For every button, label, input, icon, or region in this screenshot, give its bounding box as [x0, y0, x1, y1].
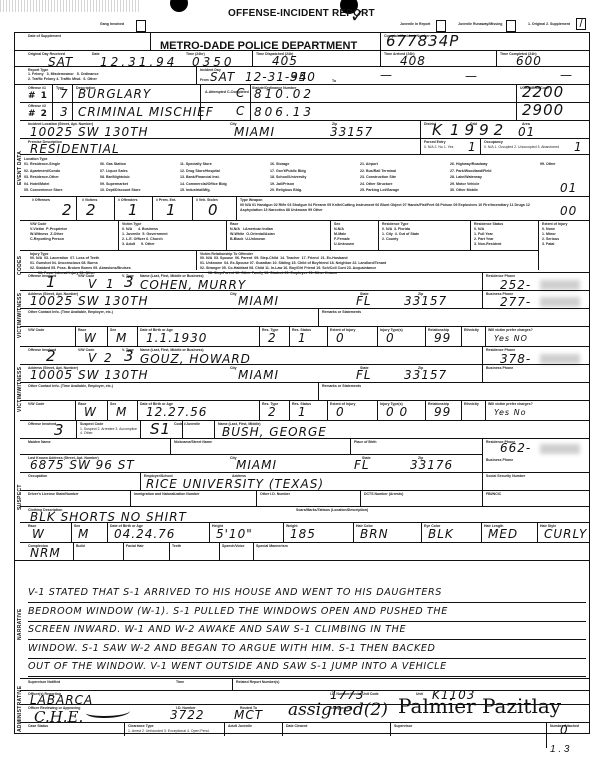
location-type-option: 19. Jail/Prison	[270, 182, 294, 187]
weapon-options: 00 N/A 01 Handgun 02 Rifle 03 Shotgun 04…	[240, 203, 540, 213]
v2-zip[interactable]: 33157	[404, 369, 447, 382]
v2-address[interactable]: 10005 SW 130TH	[30, 369, 149, 382]
location-type-option: 05. Convenience Store	[24, 188, 63, 193]
number-attached[interactable]: 0	[560, 724, 569, 737]
s-hair-length[interactable]: MED	[488, 528, 518, 541]
district[interactable]: K	[432, 124, 443, 137]
location-type-option: 23. Construction Site	[360, 175, 396, 180]
location-type-option: 18. School/University	[270, 175, 306, 180]
case-status-label: Case Status	[28, 724, 48, 728]
s-zip[interactable]: 33176	[410, 459, 453, 472]
offense-2-statute[interactable]: 806.13	[254, 106, 314, 119]
s-eye-color[interactable]: BLK	[428, 528, 454, 541]
residence-status-label: Residence Status	[474, 222, 503, 226]
v1-remarks-label: Remarks or Statements	[322, 310, 361, 314]
location-type-option: 13. Bank/Financial Inst.	[180, 175, 220, 180]
v1-state[interactable]: FL	[356, 295, 372, 308]
v1-extent[interactable]: 0	[336, 332, 345, 345]
victim-type-label: Victim Type	[122, 222, 141, 226]
v1-sex[interactable]: M	[116, 332, 127, 345]
s-facial_hair-label: Facial Hair	[126, 544, 144, 548]
redaction	[540, 280, 580, 290]
v1-ethnicity-label: Ethnicity	[464, 328, 479, 332]
juvenile-runaway-checkbox[interactable]	[506, 20, 516, 32]
num-offenses-label: # Offenses	[32, 198, 50, 202]
offense-2-description[interactable]: CRIMINAL MISCHIEF	[78, 106, 214, 119]
s-pob-label: Place of Birth	[354, 440, 377, 444]
weapon-code[interactable]: 00	[560, 205, 577, 218]
extent-injury-label: Extent of Injury	[542, 222, 567, 226]
victim-witness-2-side-label: VICTIM/WITNESS	[17, 350, 23, 412]
offense-1-ucr[interactable]: 2200	[522, 86, 564, 99]
v1-city[interactable]: MIAMI	[238, 295, 279, 308]
s-build-label: Build	[76, 544, 85, 548]
occupancy-label: Occupancy	[484, 140, 503, 144]
s-bus-phone-label: Business Phone	[486, 458, 513, 462]
clearance-options: 1. Arrest 2. Unfounded 3. Exceptional 4.…	[128, 729, 210, 733]
s-other-id-label: Other I.D. Number	[260, 492, 290, 496]
victim-type-options: 0. N/A 4. Business 1. Juvenile 5. Govern…	[122, 227, 168, 247]
page-current: 1	[550, 744, 556, 755]
location-type-option: 25. Parking Lot/Garage	[360, 188, 399, 193]
redaction	[540, 354, 580, 364]
offense-1-attempt[interactable]: C	[236, 87, 245, 100]
s-teeth-label: Teeth	[172, 544, 181, 548]
s-dob[interactable]: 04.24.76	[114, 528, 175, 541]
s-fbi-label: FBI/NCIC	[486, 492, 501, 496]
v1-offense-involved[interactable]: 1	[46, 276, 57, 289]
s-nickname-label: Nickname/Street Name	[174, 440, 212, 444]
complaint-number[interactable]: 677834P	[386, 35, 459, 48]
s-ssn-label: Social Security Number	[486, 474, 525, 478]
redaction	[540, 297, 580, 307]
v1-res-type[interactable]: 2	[268, 332, 277, 345]
s-hair-style[interactable]: CURLY	[544, 528, 587, 541]
residence-type-label: Residence Type	[382, 222, 408, 226]
v2-relationship[interactable]: 99	[434, 406, 451, 419]
location-type-option: 06. Gas Station	[100, 162, 126, 167]
punch-hole	[170, 0, 188, 12]
s-city[interactable]: MIAMI	[236, 459, 277, 472]
s-address[interactable]: 6875 SW 96 ST	[30, 459, 135, 472]
prem-entered[interactable]: 1	[166, 204, 177, 217]
s-immigration-label: Immigration and Naturalization Number	[134, 492, 200, 496]
narrative-side-label: NARRATIVE	[17, 580, 23, 640]
v2-bus-phone-label: Business Phone	[486, 366, 513, 370]
s-sex[interactable]: M	[78, 528, 89, 541]
weapon-type-label: Type Weapon	[240, 198, 262, 202]
occupancy-options: 0. N/A 1. Occupied 2. Unoccupied 3. Aban…	[484, 145, 559, 149]
location-type-option: 21. Airport	[360, 162, 378, 167]
approving-id[interactable]: 3722	[170, 709, 205, 722]
residence-type-options: 0. N/A 3. Florida 1. City 4. Out of Stat…	[382, 227, 419, 242]
num-offenders[interactable]: 1	[128, 204, 139, 217]
incident-day[interactable]: SAT	[210, 71, 235, 84]
to-label: To	[332, 79, 336, 83]
notified-time-label: Time	[176, 680, 184, 684]
location-type-option: 04. Hotel/Motel	[24, 182, 49, 187]
location-type-option: 16. Storage	[270, 162, 289, 167]
s-height[interactable]: 5'10"	[216, 528, 253, 541]
from-label: From	[200, 78, 209, 82]
location-type-option: 08. Bar/Nightclub	[100, 175, 130, 180]
s-res-phone[interactable]: 662-	[500, 442, 531, 455]
assigned-to[interactable]: assigned(2)	[288, 700, 388, 720]
vw-code-label: V/W Code	[30, 222, 46, 226]
narrative-line[interactable]: V-1 STATED THAT S-1 ARRIVED TO HIS HOUSE…	[28, 584, 586, 603]
related-report-label: Related Report Number(s)	[236, 680, 279, 684]
location-type-option: 30. Other Mobile	[450, 188, 478, 193]
event-data-side-label: EVENT DATA	[17, 125, 23, 185]
s-hair-color[interactable]: BRN	[360, 528, 389, 541]
v1-employer-label: Other Contact Info. (Time Available, Emp…	[28, 310, 113, 314]
forced-entry-options: 0. N/A 2. No 1. Yes	[424, 145, 453, 149]
location-type-option: 22. Bus/Rail Terminal	[360, 169, 396, 174]
v2-race[interactable]: W	[84, 406, 97, 419]
location-type-option: 11. Specialty Store	[180, 162, 212, 167]
location-type-option: 09. Supermarket	[100, 182, 128, 187]
v2-remarks-label: Remarks or Statements	[322, 384, 361, 388]
adult-juvenile-label: Adult Juvenile	[228, 724, 252, 728]
routed-to[interactable]: MCT	[234, 709, 263, 722]
v1-prosecute[interactable]: Yes NO	[494, 332, 528, 345]
incident-time[interactable]: 350	[290, 71, 316, 84]
clearance-type-label: Clearance Type	[128, 724, 154, 728]
checkmark-icon: ✓	[350, 6, 365, 27]
narrative-line[interactable]: WINDOW. S-1 SAW W-2 AND BEGAN TO ARGUE W…	[28, 640, 586, 659]
extent-injury-options: 0. None 1. Minor 2. Serious 3. Fatal	[542, 227, 559, 247]
report-type-options: 1. Felony 3. Misdemeanor 5. Ordinance 2.…	[28, 72, 99, 82]
location-type-option: 28. Lake/Waterway	[450, 175, 482, 180]
v1-res-status[interactable]: 1	[298, 332, 307, 345]
s-maiden-label: Maiden Name	[28, 440, 51, 444]
sex-options: N-N/A M-Male F-Female U-Unknown	[334, 227, 354, 247]
to-day[interactable]: —	[380, 69, 393, 82]
offense-1-description[interactable]: BURGLARY	[78, 88, 151, 101]
v2-type[interactable]: 3	[124, 350, 135, 363]
v1-injury[interactable]: 0	[386, 332, 395, 345]
v1-vw-code-label: V/W Code	[28, 328, 44, 332]
location-type-option: 01. Residence-Single	[24, 162, 60, 167]
v1-race[interactable]: W	[84, 332, 97, 345]
vw-code-options: V-Victim P-Proprietor W-Witness Z-Other …	[30, 227, 67, 242]
s-offense-involved-label: Offense Involved	[28, 422, 56, 426]
v1-relationship[interactable]: 99	[434, 332, 451, 345]
num-offenses[interactable]: 2	[62, 204, 73, 217]
s-special-label: Special Mannerism	[256, 544, 288, 548]
narrative-line[interactable]: SCREEN INWARD. W-1 AND W-2 AWAKE AND SAW…	[28, 621, 586, 640]
offense-1-statute[interactable]: 810.02	[254, 88, 314, 101]
s-juvenile-label: Juvenile	[186, 422, 200, 426]
location-type-option: 10. Dept/Discount Store	[100, 188, 141, 193]
supervisor-label: Supervisor	[394, 724, 412, 728]
administrative-side-label: ADMINISTRATIVE	[17, 692, 23, 732]
s-occupation-label: Occupation	[28, 474, 47, 478]
offense-1-type[interactable]: 7	[60, 88, 69, 101]
original-supplement-checkbox[interactable]: /	[576, 18, 586, 30]
s-ncic-label: DCTS Number (Arrests)	[364, 492, 403, 496]
scan-noise	[0, 0, 140, 12]
relationship-options: 00. N/A 03. Spouse 06. Parent 09. Step-C…	[200, 256, 386, 276]
grid[interactable]: 1992	[450, 124, 508, 137]
v2-ethnicity-label: Ethnicity	[464, 402, 479, 406]
page-number: 1 . 3	[550, 744, 569, 755]
v1-type[interactable]: 3	[124, 276, 135, 289]
day-received[interactable]: SAT	[48, 56, 73, 69]
v2-extent[interactable]: 0	[336, 406, 345, 419]
supervisor-notified-label: Supervisor Notified	[28, 680, 60, 684]
v2-offense-involved[interactable]: 2	[46, 350, 57, 363]
s-dl-label: Driver's License State/Number	[28, 492, 79, 496]
v1-address[interactable]: 10025 SW 130TH	[30, 295, 149, 308]
suspect-side-label: SUSPECT	[17, 430, 23, 510]
location-type-option: 29. Motor Vehicle	[450, 182, 479, 187]
juvenile-report-checkbox[interactable]	[436, 20, 446, 32]
v2-dob[interactable]: 12.27.56	[146, 406, 207, 419]
v2-city-label: City	[230, 366, 237, 370]
date-label: Date	[92, 52, 100, 56]
narrative-line[interactable]: OUT OF THE WINDOW. V-1 WENT OUTSIDE AND …	[28, 658, 586, 677]
redaction	[540, 444, 580, 454]
s-weight[interactable]: 185	[290, 528, 316, 541]
location-type-label: Location Type	[24, 157, 47, 161]
v2-prosecute[interactable]: Yes No	[494, 406, 527, 419]
date-received[interactable]: 12.31.94	[100, 56, 177, 69]
forced-entry-label: Forced Entry	[424, 140, 446, 144]
s-offense-involved[interactable]: 3	[54, 424, 65, 437]
to-date[interactable]: —	[465, 70, 478, 83]
v2-employer-label: Other Contact Info. (Time Available, Emp…	[28, 384, 113, 388]
location-type-code[interactable]: 01	[560, 182, 577, 195]
v2-res-type[interactable]: 2	[268, 406, 277, 419]
suspect-code-options: 1. Suspect 2. Arrestee 3. Accomplice 4. …	[80, 427, 140, 435]
location-type-option: 14. Commercial/Office Bldg	[180, 182, 227, 187]
v2-res-status[interactable]: 1	[298, 406, 307, 419]
location-type-option: 17. Gov't/Public Bldg	[270, 169, 306, 174]
veh-stolen[interactable]: 0	[208, 204, 219, 217]
s-speech-label: Speech/Voice	[222, 544, 245, 548]
location-type-option: 27. Park/Woodland/Field	[450, 169, 491, 174]
s-scars-label: Scars/Marks/Tattoos (Location/Descriptio…	[296, 508, 368, 512]
date-cleared-label: Date Cleared	[286, 724, 307, 728]
gang-checkbox[interactable]	[136, 20, 146, 32]
v1-city-label: City	[230, 292, 237, 296]
race-label: Race	[230, 222, 238, 226]
forced-entry[interactable]: 1	[468, 141, 477, 154]
assigned-name[interactable]: Palmier Pazitlay	[398, 694, 561, 718]
v2-state[interactable]: FL	[356, 369, 372, 382]
residence-status-options: 0. N/A 1. Full Year 2. Part Year 3. Non-…	[474, 227, 501, 247]
gang-checkbox-label: Gang Involved	[100, 22, 124, 26]
num-victims[interactable]: 2	[86, 204, 97, 217]
s-emp-address-label: Address	[232, 474, 246, 478]
s-race[interactable]: W	[32, 528, 45, 541]
s-code[interactable]: S1	[150, 423, 171, 436]
location-type-option: 99. Other	[540, 162, 556, 167]
v1-dob[interactable]: 1.1.1930	[146, 332, 207, 345]
date-of-supplement-label: Date of Supplement	[28, 34, 61, 38]
juvenile-runaway-label: Juvenile Runaway/Missing	[458, 22, 502, 26]
s-state[interactable]: FL	[354, 459, 370, 472]
to-time[interactable]: —	[560, 69, 573, 82]
offense-2-type[interactable]: 3	[60, 106, 69, 119]
offense-2-attempt[interactable]: C	[236, 105, 245, 118]
s-complexion[interactable]: NRM	[30, 547, 61, 560]
location-type-option: 12. Drug Store/Hospital	[180, 169, 220, 174]
location-type-option: 20. Religious Bldg.	[270, 188, 302, 193]
v2-injury[interactable]: 0 0	[386, 406, 408, 419]
page-total: 3	[564, 744, 570, 755]
occupancy[interactable]: 1	[574, 141, 583, 154]
s-code-label: Code #	[174, 422, 186, 426]
location-type-option: 03. Residence-Other	[24, 175, 59, 180]
v2-sex[interactable]: M	[116, 406, 127, 419]
victim-witness-side-label: VICTIM/WITNESS	[17, 276, 23, 338]
suspect-code-label: Suspect Code	[80, 422, 103, 426]
v2-vw-code-label: V/W Code	[28, 402, 44, 406]
v2-city[interactable]: MIAMI	[238, 369, 279, 382]
juvenile-report-label: Juvenile In Report	[400, 22, 430, 26]
location-type-option: 07. Liquor Sales	[100, 169, 128, 174]
race-options: N-N/A I-American Indian W-White O-Orient…	[230, 227, 275, 242]
v1-zip[interactable]: 33157	[404, 295, 447, 308]
location-type-option: 26. Highway/Roadway	[450, 162, 488, 167]
location-type-option: 15. Industrial/Mfg.	[180, 188, 211, 193]
location-type-option: 24. Other Structure	[360, 182, 393, 187]
narrative-line[interactable]: BEDROOM WINDOW (W-1). S-1 PULLED THE WIN…	[28, 603, 586, 622]
original-supplement-label: 1. Original 2. Supplement	[528, 22, 570, 26]
sex-label: Sex	[334, 222, 340, 226]
offense-2-ucr[interactable]: 2900	[522, 104, 564, 117]
location-type-option: 02. Apartment/Condo	[24, 169, 60, 174]
